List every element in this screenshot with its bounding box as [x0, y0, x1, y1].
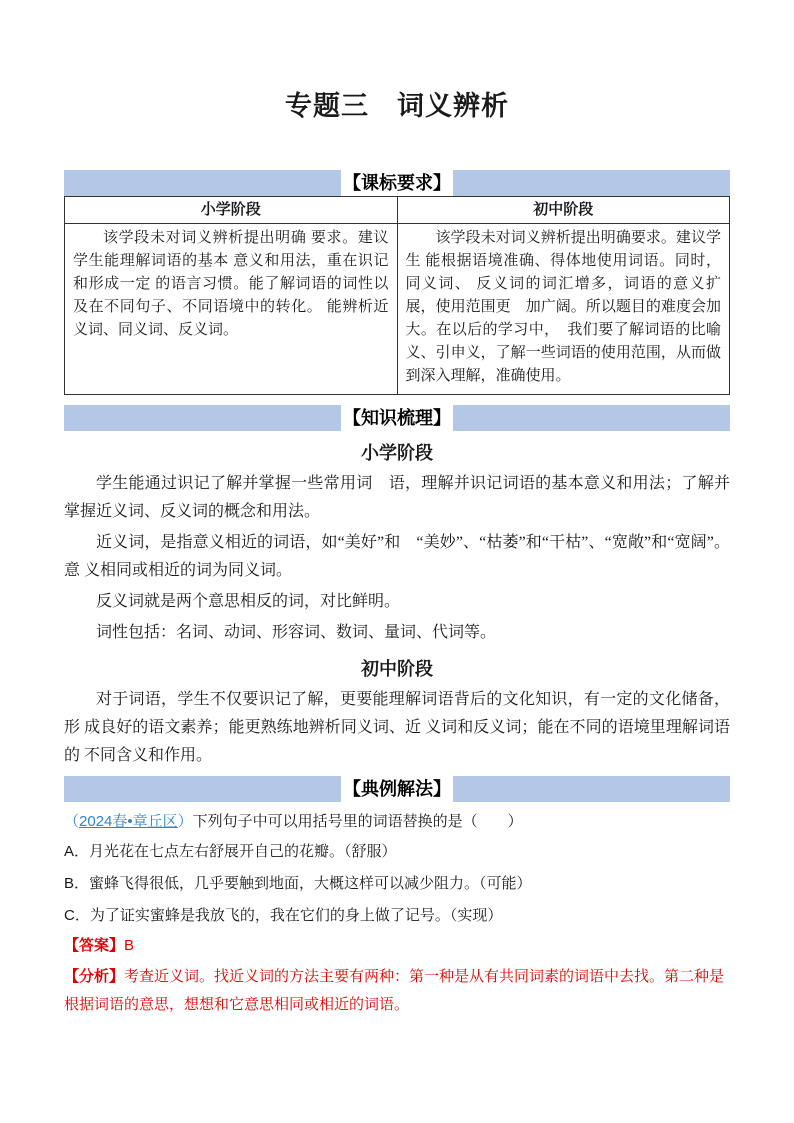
primary-stage-paragraph-2: 近义词，是指意义相近的词语，如“美好”和 “美妙”、“枯萎”和“干枯”、“宽敞”… [64, 529, 730, 585]
answer-value: B [124, 937, 134, 954]
curriculum-table-body: 该学段未对词义辨析提出明确 要求。建议学生能理解词语的基本 意义和用法，重在识记… [65, 224, 730, 395]
banner-curriculum-label: 【课标要求】 [341, 170, 453, 196]
question-text: 下列句子中可以用括号里的词语替换的是（ ） [193, 813, 523, 830]
example-question: （2024春•章丘区）下列句子中可以用括号里的词语替换的是（ ） [64, 811, 730, 833]
analysis-line: 【分析】考查近义词。找近义词的方法主要有两种：第一种是从有共同词素的词语中去找。… [64, 963, 730, 1019]
table-cell-primary-stage: 该学段未对词义辨析提出明确 要求。建议学生能理解词语的基本 意义和用法，重在识记… [65, 224, 398, 395]
primary-stage-paragraph-4: 词性包括：名词、动词、形容词、数词、量词、代词等。 [64, 619, 730, 647]
question-source: （2024春•章丘区） [64, 813, 193, 830]
answer-line: 【答案】B [64, 935, 730, 957]
analysis-label: 【分析】 [64, 968, 124, 985]
banner-example-label: 【典例解法】 [341, 776, 453, 802]
junior-stage-paragraph: 对于词语，学生不仅要识记了解，更要能理解词语背后的文化知识，有一定的文化储备，形… [64, 686, 730, 770]
banner-curriculum-requirements: 【课标要求】 [64, 170, 730, 196]
banner-example-methods: 【典例解法】 [64, 776, 730, 802]
curriculum-table: 小学阶段 初中阶段 该学段未对词义辨析提出明确 要求。建议学生能理解词语的基本 … [64, 196, 730, 395]
primary-stage-paragraph-3: 反义词就是两个意思相反的词，对比鲜明。 [64, 588, 730, 616]
table-header-row: 小学阶段 初中阶段 [65, 197, 730, 224]
option-a: A．月光花在七点左右舒展开自己的花瓣。（舒服） [64, 841, 730, 863]
page-title: 专题三 词义辨析 [64, 88, 730, 124]
banner-knowledge-outline: 【知识梳理】 [64, 405, 730, 431]
option-b: B．蜜蜂飞得很低，几乎要触到地面，大概这样可以减少阻力。（可能） [64, 873, 730, 895]
table-header-primary-stage: 小学阶段 [65, 197, 398, 224]
table-header-junior-stage: 初中阶段 [397, 197, 730, 224]
heading-primary-stage: 小学阶段 [64, 441, 730, 466]
answer-label: 【答案】 [64, 937, 124, 954]
table-body-row: 该学段未对词义辨析提出明确 要求。建议学生能理解词语的基本 意义和用法，重在识记… [65, 224, 730, 395]
primary-stage-paragraph-1: 学生能通过识记了解并掌握一些常用词 语，理解并识记词语的基本意义和用法；了解并 … [64, 470, 730, 526]
source-citation: 2024春•章丘区 [79, 813, 178, 830]
source-paren-close: ） [178, 813, 193, 830]
heading-junior-stage: 初中阶段 [64, 657, 730, 682]
option-c: C．为了证实蜜蜂是我放飞的，我在它们的身上做了记号。（实现） [64, 905, 730, 927]
banner-knowledge-label: 【知识梳理】 [341, 405, 453, 431]
analysis-text: 考查近义词。找近义词的方法主要有两种：第一种是从有共同词素的词语中去找。第二种是… [64, 968, 724, 1013]
source-paren-open: （ [64, 813, 79, 830]
document-page: 专题三 词义辨析 【课标要求】 小学阶段 初中阶段 该学段未对词义辨析提出明确 … [0, 0, 794, 1123]
table-cell-junior-stage: 该学段未对词义辨析提出明确要求。建议学生 能根据语境准确、得体地使用词语。同时，… [397, 224, 730, 395]
curriculum-table-head: 小学阶段 初中阶段 [65, 197, 730, 224]
